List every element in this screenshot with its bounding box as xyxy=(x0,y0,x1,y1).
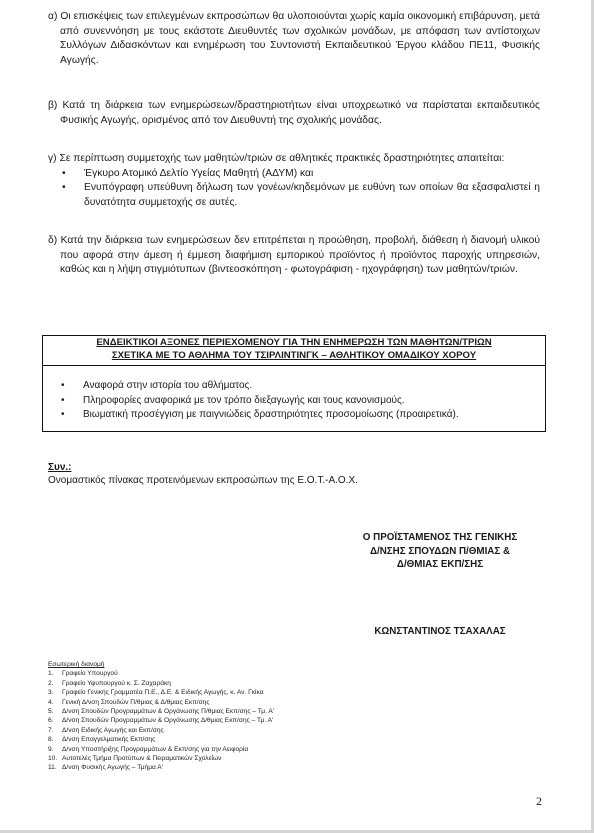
signatory-title: Ο ΠΡΟΪΣΤΑΜΕΝΟΣ ΤΗΣ ΓΕΝΙΚΗΣ Δ/ΝΣΗΣ ΣΠΟΥΔΩ… xyxy=(340,531,540,572)
list-item: 3.Γραφείο Γενικής Γραμματέα Π.Ε., Δ.Ε. &… xyxy=(48,688,274,697)
list-item: 2.Γραφείο Υφυπουργού κ. Σ. Ζαχαράκη xyxy=(48,679,274,688)
paragraph-b-label: β) xyxy=(48,100,57,111)
signatory-title-line1: Ο ΠΡΟΪΣΤΑΜΕΝΟΣ ΤΗΣ ΓΕΝΙΚΗΣ xyxy=(340,531,540,545)
list-item: 7.Δ/νση Ειδικής Αγωγής και Εκπ/σης xyxy=(48,726,274,735)
content-axes-list: Αναφορά στην ιστορία του αθλήματος. Πληρ… xyxy=(43,379,545,423)
signatory-name: ΚΩΝΣΤΑΝΤΙΝΟΣ ΤΣΑΧΑΛΑΣ xyxy=(340,625,540,639)
list-item: 10.Αυτοτελές Τμήμα Προτύπων & Πειραματικ… xyxy=(48,754,274,763)
paragraph-d: δ) Κατά την διάρκεια των ενημερώσεων δεν… xyxy=(48,234,540,278)
list-item: 6.Δ/νση Σπουδών Προγραμμάτων & Οργάνωσης… xyxy=(48,716,274,725)
attachment-heading: Συν.: xyxy=(48,461,358,474)
paragraph-b: β) Κατά τη διάρκεια των ενημερώσεων/δρασ… xyxy=(48,99,540,128)
list-item: Έγκυρο Ατομικό Δελτίο Υγείας Μαθητή (ΑΔΥ… xyxy=(48,167,540,182)
content-axes-title-line2: ΣΧΕΤΙΚΑ ΜΕ ΤΟ ΑΘΛΗΜΑ ΤΟΥ ΤΣΙΡΛΙΝΤΙΝΓΚ – … xyxy=(43,350,545,363)
paragraph-d-text: Κατά την διάρκεια των ενημερώσεων δεν επ… xyxy=(60,235,540,275)
paragraph-a-label: α) xyxy=(48,11,57,22)
list-item: 11.Δ/νση Φυσικής Αγωγής – Τμήμα Α' xyxy=(48,763,274,772)
signatory-title-line3: Δ/ΘΜΙΑΣ ΕΚΠ/ΣΗΣ xyxy=(340,558,540,572)
list-item: 1.Γραφείο Υπουργού xyxy=(48,669,274,678)
distribution-list: 1.Γραφείο Υπουργού 2.Γραφείο Υφυπουργού … xyxy=(48,669,274,772)
distribution-heading: Εσωτερική διανομή xyxy=(48,660,274,669)
list-item: 9.Δ/νση Υποστήριξης Προγραμμάτων & Εκπ/σ… xyxy=(48,745,274,754)
content-axes-box: ΕΝΔΕΙΚΤΙΚΟΙ ΑΞΟΝΕΣ ΠΕΡΙΕΧΟΜΕΝΟΥ ΓΙΑ ΤΗΝ … xyxy=(42,335,546,432)
content-axes-title: ΕΝΔΕΙΚΤΙΚΟΙ ΑΞΟΝΕΣ ΠΕΡΙΕΧΟΜΕΝΟΥ ΓΙΑ ΤΗΝ … xyxy=(43,336,545,366)
paragraph-c-label: γ) xyxy=(48,153,57,164)
paragraph-d-label: δ) xyxy=(48,235,57,246)
list-item: Βιωματική προσέγγιση με παιγνιώδεις δρασ… xyxy=(43,408,545,423)
document-page: α) Οι επισκέψεις των επιλεγμένων εκπροσώ… xyxy=(0,0,594,833)
list-item: 4.Γενική Δ/νση Σπουδών Π/θμιας & Δ/θμιας… xyxy=(48,698,274,707)
page-number: 2 xyxy=(536,794,542,809)
requirements-list: Έγκυρο Ατομικό Δελτίο Υγείας Μαθητή (ΑΔΥ… xyxy=(48,167,540,211)
paragraph-c-text: Σε περίπτωση συμμετοχής των μαθητών/τριώ… xyxy=(59,153,504,164)
list-item: Πληροφορίες αναφορικά με τον τρόπο διεξα… xyxy=(43,394,545,409)
paragraph-c: γ) Σε περίπτωση συμμετοχής των μαθητών/τ… xyxy=(48,152,540,210)
list-item: 5.Δ/νση Σπουδών Προγραμμάτων & Οργάνωσης… xyxy=(48,707,274,716)
signatory-title-line2: Δ/ΝΣΗΣ ΣΠΟΥΔΩΝ Π/ΘΜΙΑΣ & xyxy=(340,545,540,559)
content-axes-title-line1: ΕΝΔΕΙΚΤΙΚΟΙ ΑΞΟΝΕΣ ΠΕΡΙΕΧΟΜΕΝΟΥ ΓΙΑ ΤΗΝ … xyxy=(43,337,545,350)
internal-distribution: Εσωτερική διανομή 1.Γραφείο Υπουργού 2.Γ… xyxy=(48,660,274,773)
paragraph-b-text: Κατά τη διάρκεια των ενημερώσεων/δραστηρ… xyxy=(60,100,540,126)
paragraph-a-text: Οι επισκέψεις των επιλεγμένων εκπροσώπων… xyxy=(60,11,540,66)
list-item: 8.Δ/νση Επαγγελματικής Εκπ/σης xyxy=(48,735,274,744)
list-item: Ενυπόγραφη υπεύθυνη δήλωση των γονέων/κη… xyxy=(48,181,540,210)
paragraph-a: α) Οι επισκέψεις των επιλεγμένων εκπροσώ… xyxy=(48,10,540,68)
list-item: Αναφορά στην ιστορία του αθλήματος. xyxy=(43,379,545,394)
attachment-section: Συν.: Ονομαστικός πίνακας προτεινόμενων … xyxy=(48,461,358,487)
attachment-text: Ονομαστικός πίνακας προτεινόμενων εκπροσ… xyxy=(48,474,358,487)
